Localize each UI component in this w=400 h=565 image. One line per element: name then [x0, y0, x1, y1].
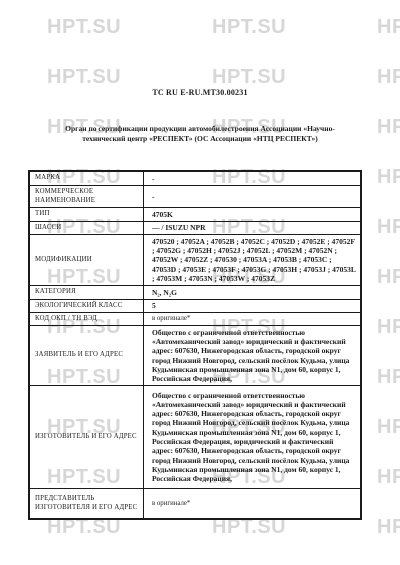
- certification-org-line2: технический центр «РЕСПЕКТ» (ОС Ассоциац…: [30, 134, 370, 144]
- field-value-modifications: 470520 ; 47052A ; 47052B ; 47052C ; 4705…: [144, 235, 362, 286]
- field-label-chassis: ШАССИ: [29, 222, 144, 235]
- field-value-applicant: Общество с ограниченной ответственностью…: [144, 326, 362, 386]
- table-row: ШАССИ— / ISUZU NPR: [29, 222, 361, 235]
- vehicle-spec-table: МАРКА-КОММЕРЧЕСКОЕ НАИМЕНОВАНИЕ-ТИП4705K…: [28, 170, 362, 520]
- field-label-manufacturer: ИЗГОТОВИТЕЛЬ И ЕГО АДРЕС: [29, 386, 144, 489]
- table-row: ТИП4705K: [29, 208, 361, 222]
- field-value-okp-code: в оригинале*: [144, 313, 362, 326]
- field-value-chassis: — / ISUZU NPR: [144, 222, 362, 235]
- field-label-tip: ТИП: [29, 208, 144, 222]
- field-value-eco-class: 5: [144, 300, 362, 313]
- table-row: МАРКА-: [29, 171, 361, 186]
- field-label-applicant: ЗАЯВИТЕЛЬ И ЕГО АДРЕС: [29, 326, 144, 386]
- table-row: ЭКОЛОГИЧЕСКИЙ КЛАСС5: [29, 300, 361, 313]
- certification-org-name: Орган по сертификации продукции автомоби…: [30, 124, 370, 144]
- field-label-manufacturer-rep: ПРЕДСТАВИТЕЛЬ ИЗГОТОВИТЕЛЯ И ЕГО АДРЕС: [29, 489, 144, 520]
- table-row: ПРЕДСТАВИТЕЛЬ ИЗГОТОВИТЕЛЯ И ЕГО АДРЕСв …: [29, 489, 361, 520]
- table-row: КОММЕРЧЕСКОЕ НАИМЕНОВАНИЕ-: [29, 186, 361, 208]
- field-label-modifications: МОДИФИКАЦИИ: [29, 235, 144, 286]
- field-value-manufacturer-rep: в оригинале*: [144, 489, 362, 520]
- table-row: МОДИФИКАЦИИ470520 ; 47052A ; 47052B ; 47…: [29, 235, 361, 286]
- field-label-okp-code: КОД ОКП / ТН ВЭД: [29, 313, 144, 326]
- certificate-number: TC RU E-RU.MT30.00231: [0, 88, 400, 97]
- table-row: ЗАЯВИТЕЛЬ И ЕГО АДРЕСОбщество с ограниче…: [29, 326, 361, 386]
- field-value-manufacturer: Общество с ограниченной ответственностью…: [144, 386, 362, 489]
- table-row: КАТЕГОРИЯN₂, N₂G: [29, 286, 361, 300]
- field-label-eco-class: ЭКОЛОГИЧЕСКИЙ КЛАСС: [29, 300, 144, 313]
- table-row: ИЗГОТОВИТЕЛЬ И ЕГО АДРЕСОбщество с огран…: [29, 386, 361, 489]
- certification-org-line1: Орган по сертификации продукции автомоби…: [30, 124, 370, 134]
- field-value-category: N₂, N₂G: [144, 286, 362, 300]
- certificate-document-page: HPT.SUHPT.SUHPT.SUHPT.SUHPT.SUHPT.SUHPT.…: [0, 0, 400, 565]
- field-label-commercial-name: КОММЕРЧЕСКОЕ НАИМЕНОВАНИЕ: [29, 186, 144, 208]
- document-content: TC RU E-RU.MT30.00231 Орган по сертифика…: [0, 0, 400, 565]
- field-label-category: КАТЕГОРИЯ: [29, 286, 144, 300]
- spec-table-body: МАРКА-КОММЕРЧЕСКОЕ НАИМЕНОВАНИЕ-ТИП4705K…: [29, 171, 361, 519]
- field-label-marka: МАРКА: [29, 171, 144, 186]
- field-value-tip: 4705K: [144, 208, 362, 222]
- table-row: КОД ОКП / ТН ВЭДв оригинале*: [29, 313, 361, 326]
- field-value-marka: -: [144, 171, 362, 186]
- field-value-commercial-name: -: [144, 186, 362, 208]
